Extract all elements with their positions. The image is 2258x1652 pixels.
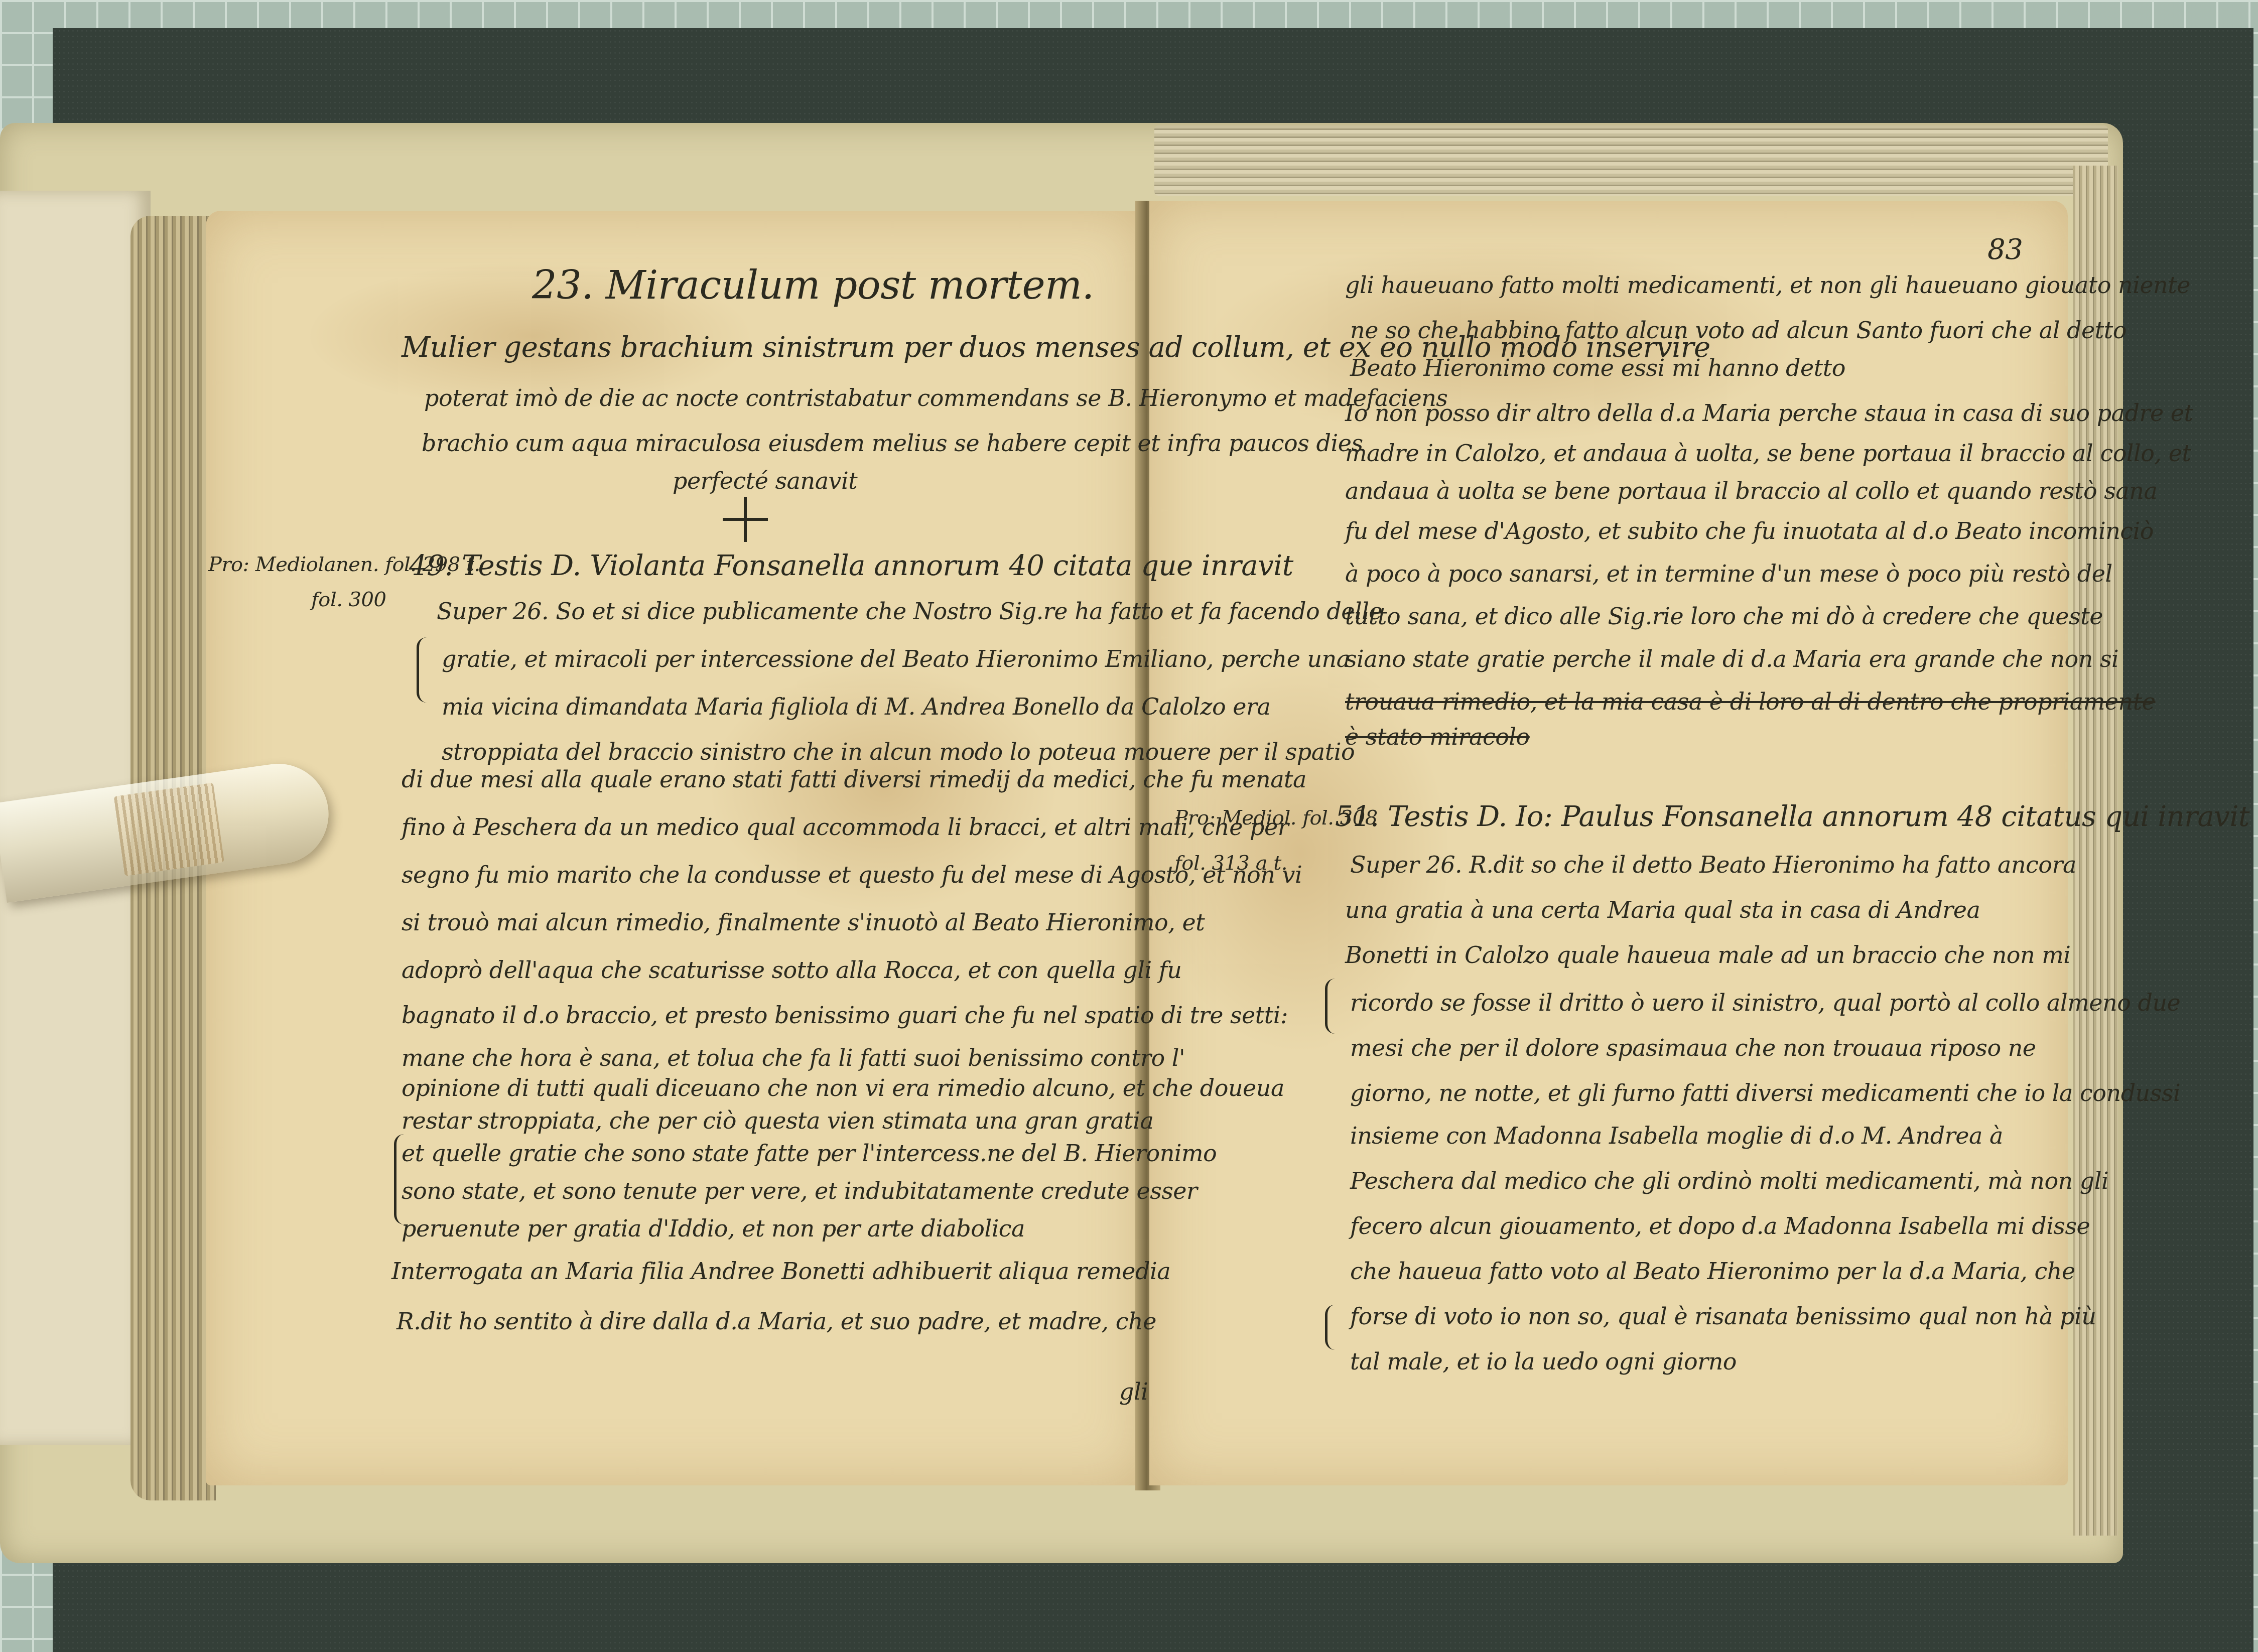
body-line: Bonetti in Calolzo quale haueua male ad … <box>1345 943 2071 967</box>
summary-line: poterat imò de die ac nocte contristabat… <box>424 386 1447 409</box>
body-line: Interrogata an Maria filia Andree Bonett… <box>391 1260 1170 1283</box>
struck-line: è stato miracolo <box>1345 725 1530 748</box>
body-line: tutto sana, et dico alle Sig.rie loro ch… <box>1345 605 2103 628</box>
body-line: Beato Hieronimo come essi mi hanno detto <box>1350 356 1845 379</box>
body-line: peruenute per gratia d'Iddio, et non per… <box>402 1217 1025 1240</box>
body-line: madre in Calolzo, et andaua à uolta, se … <box>1345 442 2191 465</box>
witness-heading: 49. Testis D. Violanta Fonsanella annoru… <box>409 552 1293 580</box>
body-line: giorno, ne notte, et gli furno fatti div… <box>1350 1081 2180 1105</box>
body-line: fecero alcun giouamento, et dopo d.a Mad… <box>1350 1214 2090 1237</box>
witness-header: Testis D. Io: Paulus Fonsanella annorum … <box>1388 800 2249 833</box>
body-line: una gratia à una certa Maria qual sta in… <box>1345 898 1980 921</box>
margin-bracket <box>1325 1305 1337 1350</box>
body-line: mesi che per il dolore spasimaua che non… <box>1350 1036 2036 1059</box>
body-line: à poco à poco sanarsi, et in termine d'u… <box>1345 562 2112 585</box>
body-line: forse di voto io non so, qual è risanata… <box>1350 1305 2096 1328</box>
margin-bracket <box>1325 979 1337 1034</box>
margin-bracket <box>394 1134 406 1224</box>
page-edges-right <box>2073 166 2118 1536</box>
summary-line: brachio cum aqua miraculosa eiusdem meli… <box>422 432 1363 455</box>
witness-heading: 51. Testis D. Io: Paulus Fonsanella anno… <box>1335 803 2249 831</box>
body-line: fu del mese d'Agosto, et subito che fu i… <box>1345 519 2154 542</box>
body-line: mane che hora è sana, et tolua che fa li… <box>402 1046 1185 1069</box>
folio-number: 83 <box>1987 236 2023 264</box>
body-line: siano state gratie perche il male di d.a… <box>1345 647 2118 670</box>
witness-number: 49. <box>409 549 453 582</box>
body-line: insieme con Madonna Isabella moglie di d… <box>1350 1124 2003 1147</box>
summary-line: perfecté sanavit <box>673 469 857 492</box>
body-line: stroppiata del braccio sinistro che in a… <box>442 740 1355 763</box>
witness-number: 51. <box>1335 800 1379 833</box>
body-line: andaua à uolta se bene portaua il bracci… <box>1345 479 2157 502</box>
body-line: segno fu mio marito che la condusse et q… <box>402 863 1302 886</box>
body-line: Super 26. R.dit so che il detto Beato Hi… <box>1350 853 2076 876</box>
body-line: fino à Peschera da un medico qual accomm… <box>402 815 1288 839</box>
section-heading: 23. Miraculum post mortem. <box>532 266 1094 305</box>
body-line: Peschera dal medico che gli ordinò molti… <box>1350 1169 2108 1192</box>
body-line: ne so che habbino fatto alcun voto ad al… <box>1350 319 2127 342</box>
section-number: 23. <box>532 263 594 308</box>
body-line: sono state, et sono tenute per vere, et … <box>402 1179 1198 1202</box>
margin-bracket <box>417 637 428 703</box>
body-line: adoprò dell'aqua che scaturisse sotto al… <box>402 958 1181 982</box>
body-line: et quelle gratie che sono state fatte pe… <box>402 1142 1217 1165</box>
body-line: ricordo se fosse il dritto ò uero il sin… <box>1350 991 2180 1014</box>
section-title: Miraculum post mortem. <box>606 263 1094 308</box>
body-line: restar stroppiata, che per ciò questa vi… <box>402 1109 1153 1132</box>
struck-line: trouaua rimedio, et la mia casa è di lor… <box>1345 690 2155 713</box>
body-line: di due mesi alla quale erano stati fatti… <box>402 768 1306 791</box>
body-line: gratie, et miracoli per intercessione de… <box>442 647 1350 670</box>
body-line: che haueua fatto voto al Beato Hieronimo… <box>1350 1260 2075 1283</box>
catchword: gli <box>1119 1380 1148 1403</box>
body-line: bagnato il d.o braccio, et presto beniss… <box>402 1004 1288 1027</box>
body-line: Super 26. So et si dice publicamente che… <box>437 600 1382 623</box>
margin-note: fol. 313 a t. <box>1174 853 1287 873</box>
margin-note: fol. 300 <box>311 590 386 610</box>
body-line: opinione di tutti quali diceuano che non… <box>402 1076 1284 1099</box>
cross-symbol <box>723 497 768 542</box>
body-line: Io non posso dir altro della d.a Maria p… <box>1345 401 2193 425</box>
page-edges-top <box>1154 125 2108 196</box>
witness-header: Testis D. Violanta Fonsanella annorum 40… <box>462 549 1293 582</box>
body-line: si trouò mai alcun rimedio, finalmente s… <box>402 911 1205 934</box>
body-line: R.dit ho sentito à dire dalla d.a Maria,… <box>396 1310 1156 1333</box>
body-line: mia vicina dimandata Maria figliola di M… <box>442 695 1270 718</box>
body-line: tal male, et io la uedo ogni giorno <box>1350 1350 1737 1373</box>
body-line: gli haueuano fatto molti medicamenti, et… <box>1345 273 2190 297</box>
